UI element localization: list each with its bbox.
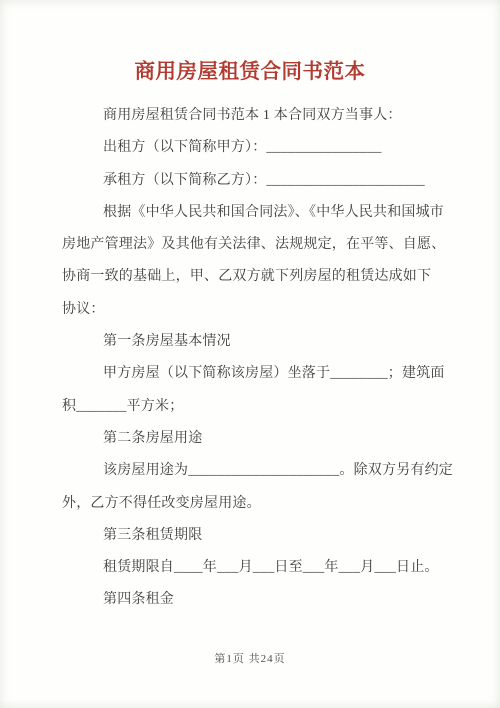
document-line: 第四条租金 xyxy=(62,584,438,616)
document-line: 第三条租赁期限 xyxy=(62,520,438,552)
document-body: 商用房屋租赁合同书范本 1 本合同双方当事人：出租方（以下简称甲方）：_____… xyxy=(62,100,438,617)
document-line: 租赁期限自____年___月___日至___年___月___日止。 xyxy=(62,552,438,584)
document-line: 根据《中华人民共和国合同法》、《中华人民共和国城市 xyxy=(62,197,438,229)
document-line: 协商一致的基础上，甲、乙双方就下列房屋的租赁达成如下 xyxy=(62,261,438,293)
document-line: 甲方房屋（以下简称该房屋）坐落于________；建筑面 xyxy=(62,358,438,390)
document-line: 外，乙方不得任改变房屋用途。 xyxy=(62,488,438,520)
document-line: 协议： xyxy=(62,294,438,326)
document-line: 第二条房屋用途 xyxy=(62,423,438,455)
document-line: 出租方（以下简称甲方）：________________ xyxy=(62,132,438,164)
document-title: 商用房屋租赁合同书范本 xyxy=(62,57,438,87)
contract-document-page: 商用房屋租赁合同书范本 商用房屋租赁合同书范本 1 本合同双方当事人：出租方（以… xyxy=(0,0,500,708)
document-line: 积_______平方米； xyxy=(62,391,438,423)
document-line: 第一条房屋基本情况 xyxy=(62,326,438,358)
document-line: 承租方（以下简称乙方）：______________________ xyxy=(62,165,438,197)
page-number-indicator: 第1页 共24页 xyxy=(0,650,500,666)
document-line: 该房屋用途为_____________________。除双方另有约定 xyxy=(62,455,438,487)
document-line: 房地产管理法》及其他有关法律、法规规定，在平等、自愿、 xyxy=(62,229,438,261)
document-line: 商用房屋租赁合同书范本 1 本合同双方当事人： xyxy=(62,100,438,132)
